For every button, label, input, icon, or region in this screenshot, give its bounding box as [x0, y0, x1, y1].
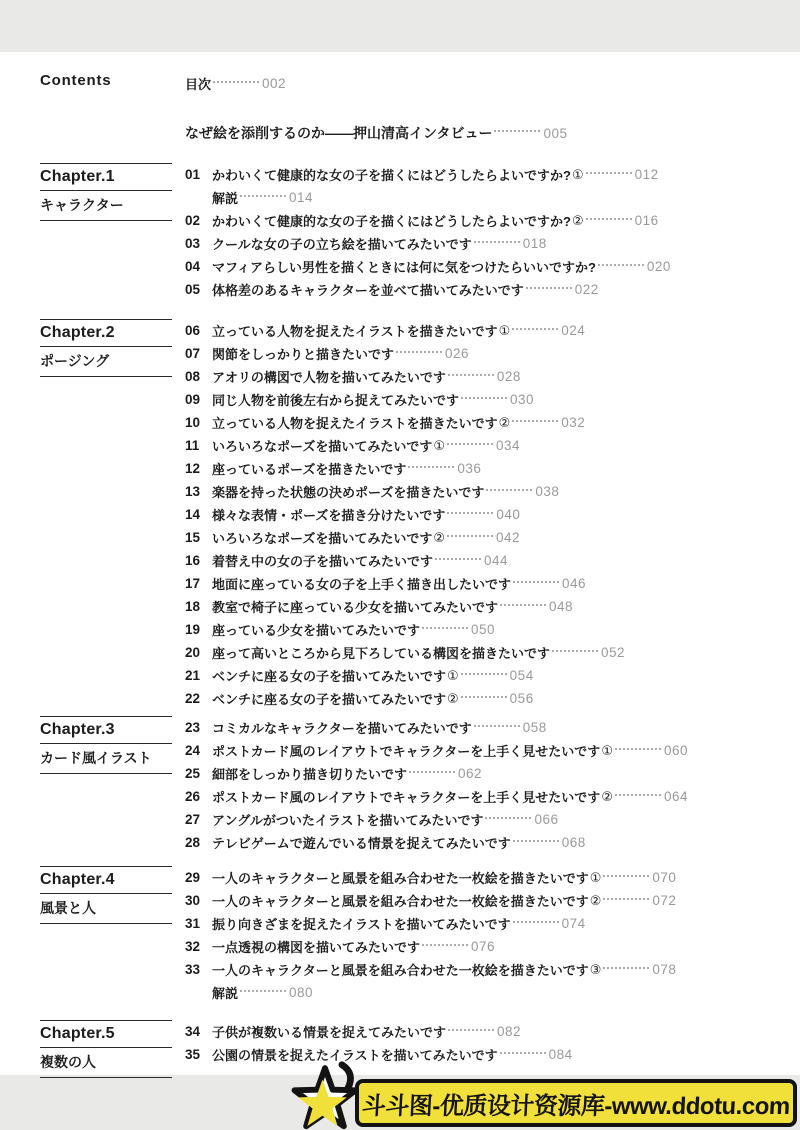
chapter-name: カード風イラスト [40, 744, 172, 774]
toc-entry: 28テレビゲームで遊んでいる情景を捉えてみたいです068 [185, 831, 688, 854]
leader-dots [408, 466, 454, 468]
chapter-heading: Chapter.4風景と人 [40, 866, 172, 924]
chapter-column: Chapter.2ポージング [40, 319, 185, 377]
entry-title: ベンチに座る女の子を描いてみたいです [212, 689, 446, 708]
entry-number: 30 [185, 893, 212, 908]
entry-page: 050 [471, 622, 495, 637]
toc-entry: 03クールな女の子の立ち絵を描いてみたいです018 [185, 232, 671, 255]
entry-number: 32 [185, 939, 212, 954]
leader-dots [474, 241, 520, 243]
leader-dots [422, 944, 468, 946]
entry-title: ポストカード風のレイアウトでキャラクターを上手く見せたいです [212, 787, 600, 806]
entry-number: 09 [185, 392, 212, 407]
entry-number: 06 [185, 323, 212, 338]
leader-dots [435, 558, 481, 560]
leader-dots [603, 967, 649, 969]
toc-entry: 32一点透視の構図を描いてみたいです076 [185, 935, 676, 958]
entry-title: 解説 [212, 188, 238, 207]
entry-page: 030 [510, 392, 534, 407]
toc-entry: 33一人のキャラクターと風景を組み合わせた一枚絵を描きたいです③078 [185, 958, 676, 981]
entry-mark: ① [601, 743, 613, 759]
chapter-items: 34子供が複数いる情景を捉えてみたいです08235公園の情景を捉えたイラストを描… [185, 1020, 573, 1066]
entry-page: 072 [652, 893, 676, 908]
toc-entry: 16着替え中の女の子を描いてみたいです044 [185, 549, 625, 572]
leader-dots [486, 489, 532, 491]
leader-dots [447, 443, 493, 445]
entry-title: マフィアらしい男性を描くときには何に気をつけたらいいですか? [212, 257, 596, 276]
entry-number: 22 [185, 691, 212, 706]
toc-entry: 14様々な表情・ポーズを描き分けたいです040 [185, 503, 625, 526]
entry-number: 29 [185, 870, 212, 885]
entry-page: 005 [543, 126, 567, 141]
chapter-section: Chapter.2ポージング06立っている人物を捉えたイラストを描きたいです①0… [40, 319, 800, 710]
toc-entry: 26ポストカード風のレイアウトでキャラクターを上手く見せたいです②064 [185, 785, 688, 808]
entry-page: 018 [523, 236, 547, 251]
watermark-text: 斗斗图-优质设计资源库-www.ddotu.com [361, 1086, 791, 1121]
toc-entry: 34子供が複数いる情景を捉えてみたいです082 [185, 1020, 573, 1043]
chapter-heading: Chapter.5複数の人 [40, 1020, 172, 1078]
watermark-banner: 斗斗图-优质设计资源库-www.ddotu.com [355, 1079, 797, 1127]
entry-mark: ① [499, 323, 511, 339]
leader-dots [586, 172, 632, 174]
toc-entry: 29一人のキャラクターと風景を組み合わせた一枚絵を描きたいです①070 [185, 866, 676, 889]
entry-page: 052 [601, 645, 625, 660]
entry-title: ポストカード風のレイアウトでキャラクターを上手く見せたいです [212, 741, 600, 760]
chapter-label: Chapter.3 [40, 717, 172, 744]
entry-title: 楽器を持った状態の決めポーズを描きたいです [212, 482, 484, 501]
chapter-name: 複数の人 [40, 1048, 172, 1078]
toc-entry: 05体格差のあるキャラクターを並べて描いてみたいです022 [185, 278, 671, 301]
toc-content: Contents 目次 002 なぜ絵を添削するのか——押山清高インタビュー 0… [0, 52, 800, 1078]
entry-title: かわいくて健康的な女の子を描くにはどうしたらよいですか? [212, 211, 571, 230]
toc-entry: 解説080 [185, 981, 676, 1004]
book-page: Contents 目次 002 なぜ絵を添削するのか——押山清高インタビュー 0… [0, 52, 800, 1075]
chapter-column: Chapter.5複数の人 [40, 1020, 185, 1078]
toc-entry: 10立っている人物を捉えたイラストを描きたいです②032 [185, 411, 625, 434]
entry-page: 066 [534, 812, 558, 827]
entry-number: 16 [185, 553, 212, 568]
entry-number: 07 [185, 346, 212, 361]
entry-number: 20 [185, 645, 212, 660]
entry-title: 教室で椅子に座っている少女を描いてみたいです [212, 597, 498, 616]
entry-title: 関節をしっかりと描きたいです [212, 344, 394, 363]
entry-page: 014 [289, 190, 313, 205]
chapter-label: Chapter.2 [40, 320, 172, 347]
toc-entry: 02かわいくて健康的な女の子を描くにはどうしたらよいですか?②016 [185, 209, 671, 232]
leader-dots [240, 990, 286, 992]
entry-page: 026 [445, 346, 469, 361]
chapter-heading: Chapter.2ポージング [40, 319, 172, 377]
chapter-section: Chapter.4風景と人29一人のキャラクターと風景を組み合わせた一枚絵を描き… [40, 866, 800, 1004]
chapter-items: 06立っている人物を捉えたイラストを描きたいです①02407関節をしっかりと描き… [185, 319, 625, 710]
chapter-name: キャラクター [40, 191, 172, 221]
entry-title: 振り向きざまを捉えたイラストを描いてみたいです [212, 914, 511, 933]
toc-entry: 17地面に座っている女の子を上手く描き出したいです046 [185, 572, 625, 595]
entry-page: 034 [496, 438, 520, 453]
entry-page: 016 [635, 213, 659, 228]
toc-entry: 09同じ人物を前後左右から捉えてみたいです030 [185, 388, 625, 411]
entry-title: 様々な表情・ポーズを描き分けたいです [212, 505, 445, 524]
entry-page: 038 [535, 484, 559, 499]
chapter-name: 風景と人 [40, 894, 172, 924]
entry-page: 020 [647, 259, 671, 274]
toc-entry: 06立っている人物を捉えたイラストを描きたいです①024 [185, 319, 625, 342]
entry-mark: ① [433, 438, 445, 454]
entry-number: 27 [185, 812, 212, 827]
entry-number: 01 [185, 167, 212, 182]
entry-number: 35 [185, 1047, 212, 1062]
toc-entry: 25細部をしっかり描き切りたいです062 [185, 762, 688, 785]
entry-number: 14 [185, 507, 212, 522]
entry-number: 33 [185, 962, 212, 977]
entry-title: 座っているポーズを描きたいです [212, 459, 406, 478]
toc-entry: 20座って高いところから見下ろしている構図を描きたいです052 [185, 641, 625, 664]
leader-dots [512, 328, 558, 330]
leader-dots [513, 921, 559, 923]
entry-number: 28 [185, 835, 212, 850]
entry-number: 04 [185, 259, 212, 274]
chapter-column: Chapter.4風景と人 [40, 866, 185, 924]
entry-title: クールな女の子の立ち絵を描いてみたいです [212, 234, 472, 253]
entry-page: 042 [496, 530, 520, 545]
entry-number: 25 [185, 766, 212, 781]
entry-page: 060 [664, 743, 688, 758]
toc-entry: 11いろいろなポーズを描いてみたいです①034 [185, 434, 625, 457]
chapter-items: 01かわいくて健康的な女の子を描くにはどうしたらよいですか?①012解説0140… [185, 163, 671, 301]
entry-page: 024 [561, 323, 585, 338]
entry-title: かわいくて健康的な女の子を描くにはどうしたらよいですか? [212, 165, 571, 184]
entry-mark: ① [572, 167, 584, 183]
entry-title: 同じ人物を前後左右から捉えてみたいです [212, 390, 459, 409]
toc-sections: Chapter.1キャラクター01かわいくて健康的な女の子を描くにはどうしたらよ… [40, 163, 800, 1078]
entry-page: 044 [484, 553, 508, 568]
leader-dots [586, 218, 632, 220]
toc-entry: 35公園の情景を捉えたイラストを描いてみたいです084 [185, 1043, 573, 1066]
chapter-section: Chapter.5複数の人34子供が複数いる情景を捉えてみたいです08235公園… [40, 1020, 800, 1078]
entry-mark: ② [601, 789, 613, 805]
leader-dots [500, 604, 546, 606]
chapter-heading: Chapter.1キャラクター [40, 163, 172, 221]
entry-page: 070 [652, 870, 676, 885]
leader-dots [603, 875, 649, 877]
leader-dots [461, 397, 507, 399]
toc-entry-mokuji: 目次 002 [185, 72, 286, 95]
entry-title: 立っている人物を捉えたイラストを描きたいです [212, 413, 498, 432]
leader-dots [512, 420, 558, 422]
chapter-section: Chapter.3カード風イラスト23コミカルなキャラクターを描いてみたいです0… [40, 716, 800, 854]
entry-page: 040 [496, 507, 520, 522]
leader-dots [603, 898, 649, 900]
chapter-heading: Chapter.3カード風イラスト [40, 716, 172, 774]
entry-title: 子供が複数いる情景を捉えてみたいです [212, 1022, 446, 1041]
entry-page: 074 [562, 916, 586, 931]
entry-page: 078 [652, 962, 676, 977]
toc-entry: 04マフィアらしい男性を描くときには何に気をつけたらいいですか?020 [185, 255, 671, 278]
entry-title: 一人のキャラクターと風景を組み合わせた一枚絵を描きたいです [212, 960, 589, 979]
entry-title: いろいろなポーズを描いてみたいです [212, 436, 432, 455]
entry-number: 18 [185, 599, 212, 614]
chapter-column: Chapter.3カード風イラスト [40, 716, 185, 774]
chapter-label: Chapter.4 [40, 867, 172, 894]
entry-number: 19 [185, 622, 212, 637]
entry-number: 10 [185, 415, 212, 430]
entry-title: 細部をしっかり描き切りたいです [212, 764, 407, 783]
toc-entry: 21ベンチに座る女の子を描いてみたいです①054 [185, 664, 625, 687]
entry-number: 34 [185, 1024, 212, 1039]
leader-dots [448, 1029, 494, 1031]
entry-title: 座っている少女を描いてみたいです [212, 620, 420, 639]
toc-entry: 15いろいろなポーズを描いてみたいです②042 [185, 526, 625, 549]
entry-mark: ② [447, 691, 459, 707]
entry-mark: ① [590, 870, 602, 886]
entry-page: 022 [575, 282, 599, 297]
entry-title: アングルがついたイラストを描いてみたいです [212, 810, 483, 829]
leader-dots [240, 195, 286, 197]
entry-number: 12 [185, 461, 212, 476]
entry-title: テレビゲームで遊んでいる情景を捉えてみたいです [212, 833, 511, 852]
leader-dots [461, 673, 507, 675]
leader-dots [213, 81, 259, 83]
leader-dots [615, 794, 661, 796]
entry-number: 17 [185, 576, 212, 591]
entry-page: 048 [549, 599, 573, 614]
entry-number: 21 [185, 668, 212, 683]
toc-entry: 解説014 [185, 186, 671, 209]
toc-entry: 30一人のキャラクターと風景を組み合わせた一枚絵を描きたいです②072 [185, 889, 676, 912]
entry-number: 13 [185, 484, 212, 499]
entry-page: 068 [562, 835, 586, 850]
leader-dots [409, 771, 455, 773]
entry-title: ベンチに座る女の子を描いてみたいです [212, 666, 446, 685]
chapter-items: 29一人のキャラクターと風景を組み合わせた一枚絵を描きたいです①07030一人の… [185, 866, 676, 1004]
toc-entry: 01かわいくて健康的な女の子を描くにはどうしたらよいですか?①012 [185, 163, 671, 186]
leader-dots [552, 650, 598, 652]
entry-title: 目次 [185, 74, 211, 93]
leader-dots [485, 817, 531, 819]
entry-page: 012 [635, 167, 659, 182]
entry-page: 058 [523, 720, 547, 735]
entry-mark: ② [433, 530, 445, 546]
toc-header: Contents 目次 002 [40, 72, 800, 95]
toc-entry: 27アングルがついたイラストを描いてみたいです066 [185, 808, 688, 831]
entry-title: 一点透視の構図を描いてみたいです [212, 937, 420, 956]
toc-entry: 31振り向きざまを捉えたイラストを描いてみたいです074 [185, 912, 676, 935]
chapter-section: Chapter.1キャラクター01かわいくて健康的な女の子を描くにはどうしたらよ… [40, 163, 800, 301]
entry-page: 082 [497, 1024, 521, 1039]
toc-entry: 12座っているポーズを描きたいです036 [185, 457, 625, 480]
leader-dots [513, 840, 559, 842]
leader-dots [448, 374, 494, 376]
entry-page: 084 [549, 1047, 573, 1062]
entry-number: 23 [185, 720, 212, 735]
entry-page: 028 [497, 369, 521, 384]
contents-title: Contents [40, 72, 111, 89]
entry-title: 座って高いところから見下ろしている構図を描きたいです [212, 643, 550, 662]
toc-entry: 24ポストカード風のレイアウトでキャラクターを上手く見せたいです①060 [185, 739, 688, 762]
entry-title: 着替え中の女の子を描いてみたいです [212, 551, 433, 570]
entry-title: 地面に座っている女の子を上手く描き出したいです [212, 574, 511, 593]
entry-number: 24 [185, 743, 212, 758]
entry-title: 体格差のあるキャラクターを並べて描いてみたいです [212, 280, 524, 299]
chapter-items: 23コミカルなキャラクターを描いてみたいです05824ポストカード風のレイアウト… [185, 716, 688, 854]
entry-mark: ② [572, 213, 584, 229]
toc-entry: 13楽器を持った状態の決めポーズを描きたいです038 [185, 480, 625, 503]
entry-number: 03 [185, 236, 212, 251]
entry-title: 立っている人物を捉えたイラストを描きたいです [212, 321, 498, 340]
entry-page: 032 [561, 415, 585, 430]
entry-title: コミカルなキャラクターを描いてみたいです [212, 718, 472, 737]
entry-number: 08 [185, 369, 212, 384]
entry-number: 11 [185, 438, 212, 453]
toc-entry: 22ベンチに座る女の子を描いてみたいです②056 [185, 687, 625, 710]
entry-number: 05 [185, 282, 212, 297]
leader-dots [526, 287, 572, 289]
leader-dots [513, 581, 559, 583]
leader-dots [615, 748, 661, 750]
toc-entry: 08アオリの構図で人物を描いてみたいです028 [185, 365, 625, 388]
chapter-label: Chapter.1 [40, 164, 172, 191]
entry-page: 064 [664, 789, 688, 804]
entry-mark: ③ [590, 962, 602, 978]
entry-number: 02 [185, 213, 212, 228]
leader-dots [598, 264, 644, 266]
entry-title: 解説 [212, 983, 238, 1002]
leader-dots [474, 725, 520, 727]
entry-title: 一人のキャラクターと風景を組み合わせた一枚絵を描きたいです [212, 868, 589, 887]
leader-dots [494, 130, 540, 132]
leader-dots [461, 696, 507, 698]
entry-mark: ② [499, 415, 511, 431]
entry-page: 046 [562, 576, 586, 591]
entry-page: 056 [510, 691, 534, 706]
entry-page: 076 [471, 939, 495, 954]
entry-mark: ② [590, 893, 602, 909]
leader-dots [396, 351, 442, 353]
leader-dots [447, 535, 493, 537]
entry-page: 036 [457, 461, 481, 476]
entry-page: 054 [510, 668, 534, 683]
chapter-column: Chapter.1キャラクター [40, 163, 185, 221]
chapter-label: Chapter.5 [40, 1021, 172, 1048]
entry-number: 15 [185, 530, 212, 545]
toc-entry: 07関節をしっかりと描きたいです026 [185, 342, 625, 365]
toc-entry: 19座っている少女を描いてみたいです050 [185, 618, 625, 641]
chapter-name: ポージング [40, 347, 172, 377]
leader-dots [422, 627, 468, 629]
entry-number: 26 [185, 789, 212, 804]
toc-entry-interview: なぜ絵を添削するのか——押山清高インタビュー 005 [185, 123, 800, 143]
entry-page: 002 [262, 76, 286, 91]
entry-title: アオリの構図で人物を描いてみたいです [212, 367, 446, 386]
entry-page: 062 [458, 766, 482, 781]
leader-dots [447, 512, 493, 514]
entry-number: 31 [185, 916, 212, 931]
entry-page: 080 [289, 985, 313, 1000]
entry-title: なぜ絵を添削するのか——押山清高インタビュー [185, 123, 492, 143]
toc-entry: 18教室で椅子に座っている少女を描いてみたいです048 [185, 595, 625, 618]
leader-dots [500, 1052, 546, 1054]
star-icon [281, 1058, 369, 1130]
entry-mark: ① [447, 668, 459, 684]
entry-title: 一人のキャラクターと風景を組み合わせた一枚絵を描きたいです [212, 891, 589, 910]
toc-entry: 23コミカルなキャラクターを描いてみたいです058 [185, 716, 688, 739]
entry-title: いろいろなポーズを描いてみたいです [212, 528, 432, 547]
scanned-page: { "intro": { "contents_label": "Contents… [0, 0, 800, 1130]
